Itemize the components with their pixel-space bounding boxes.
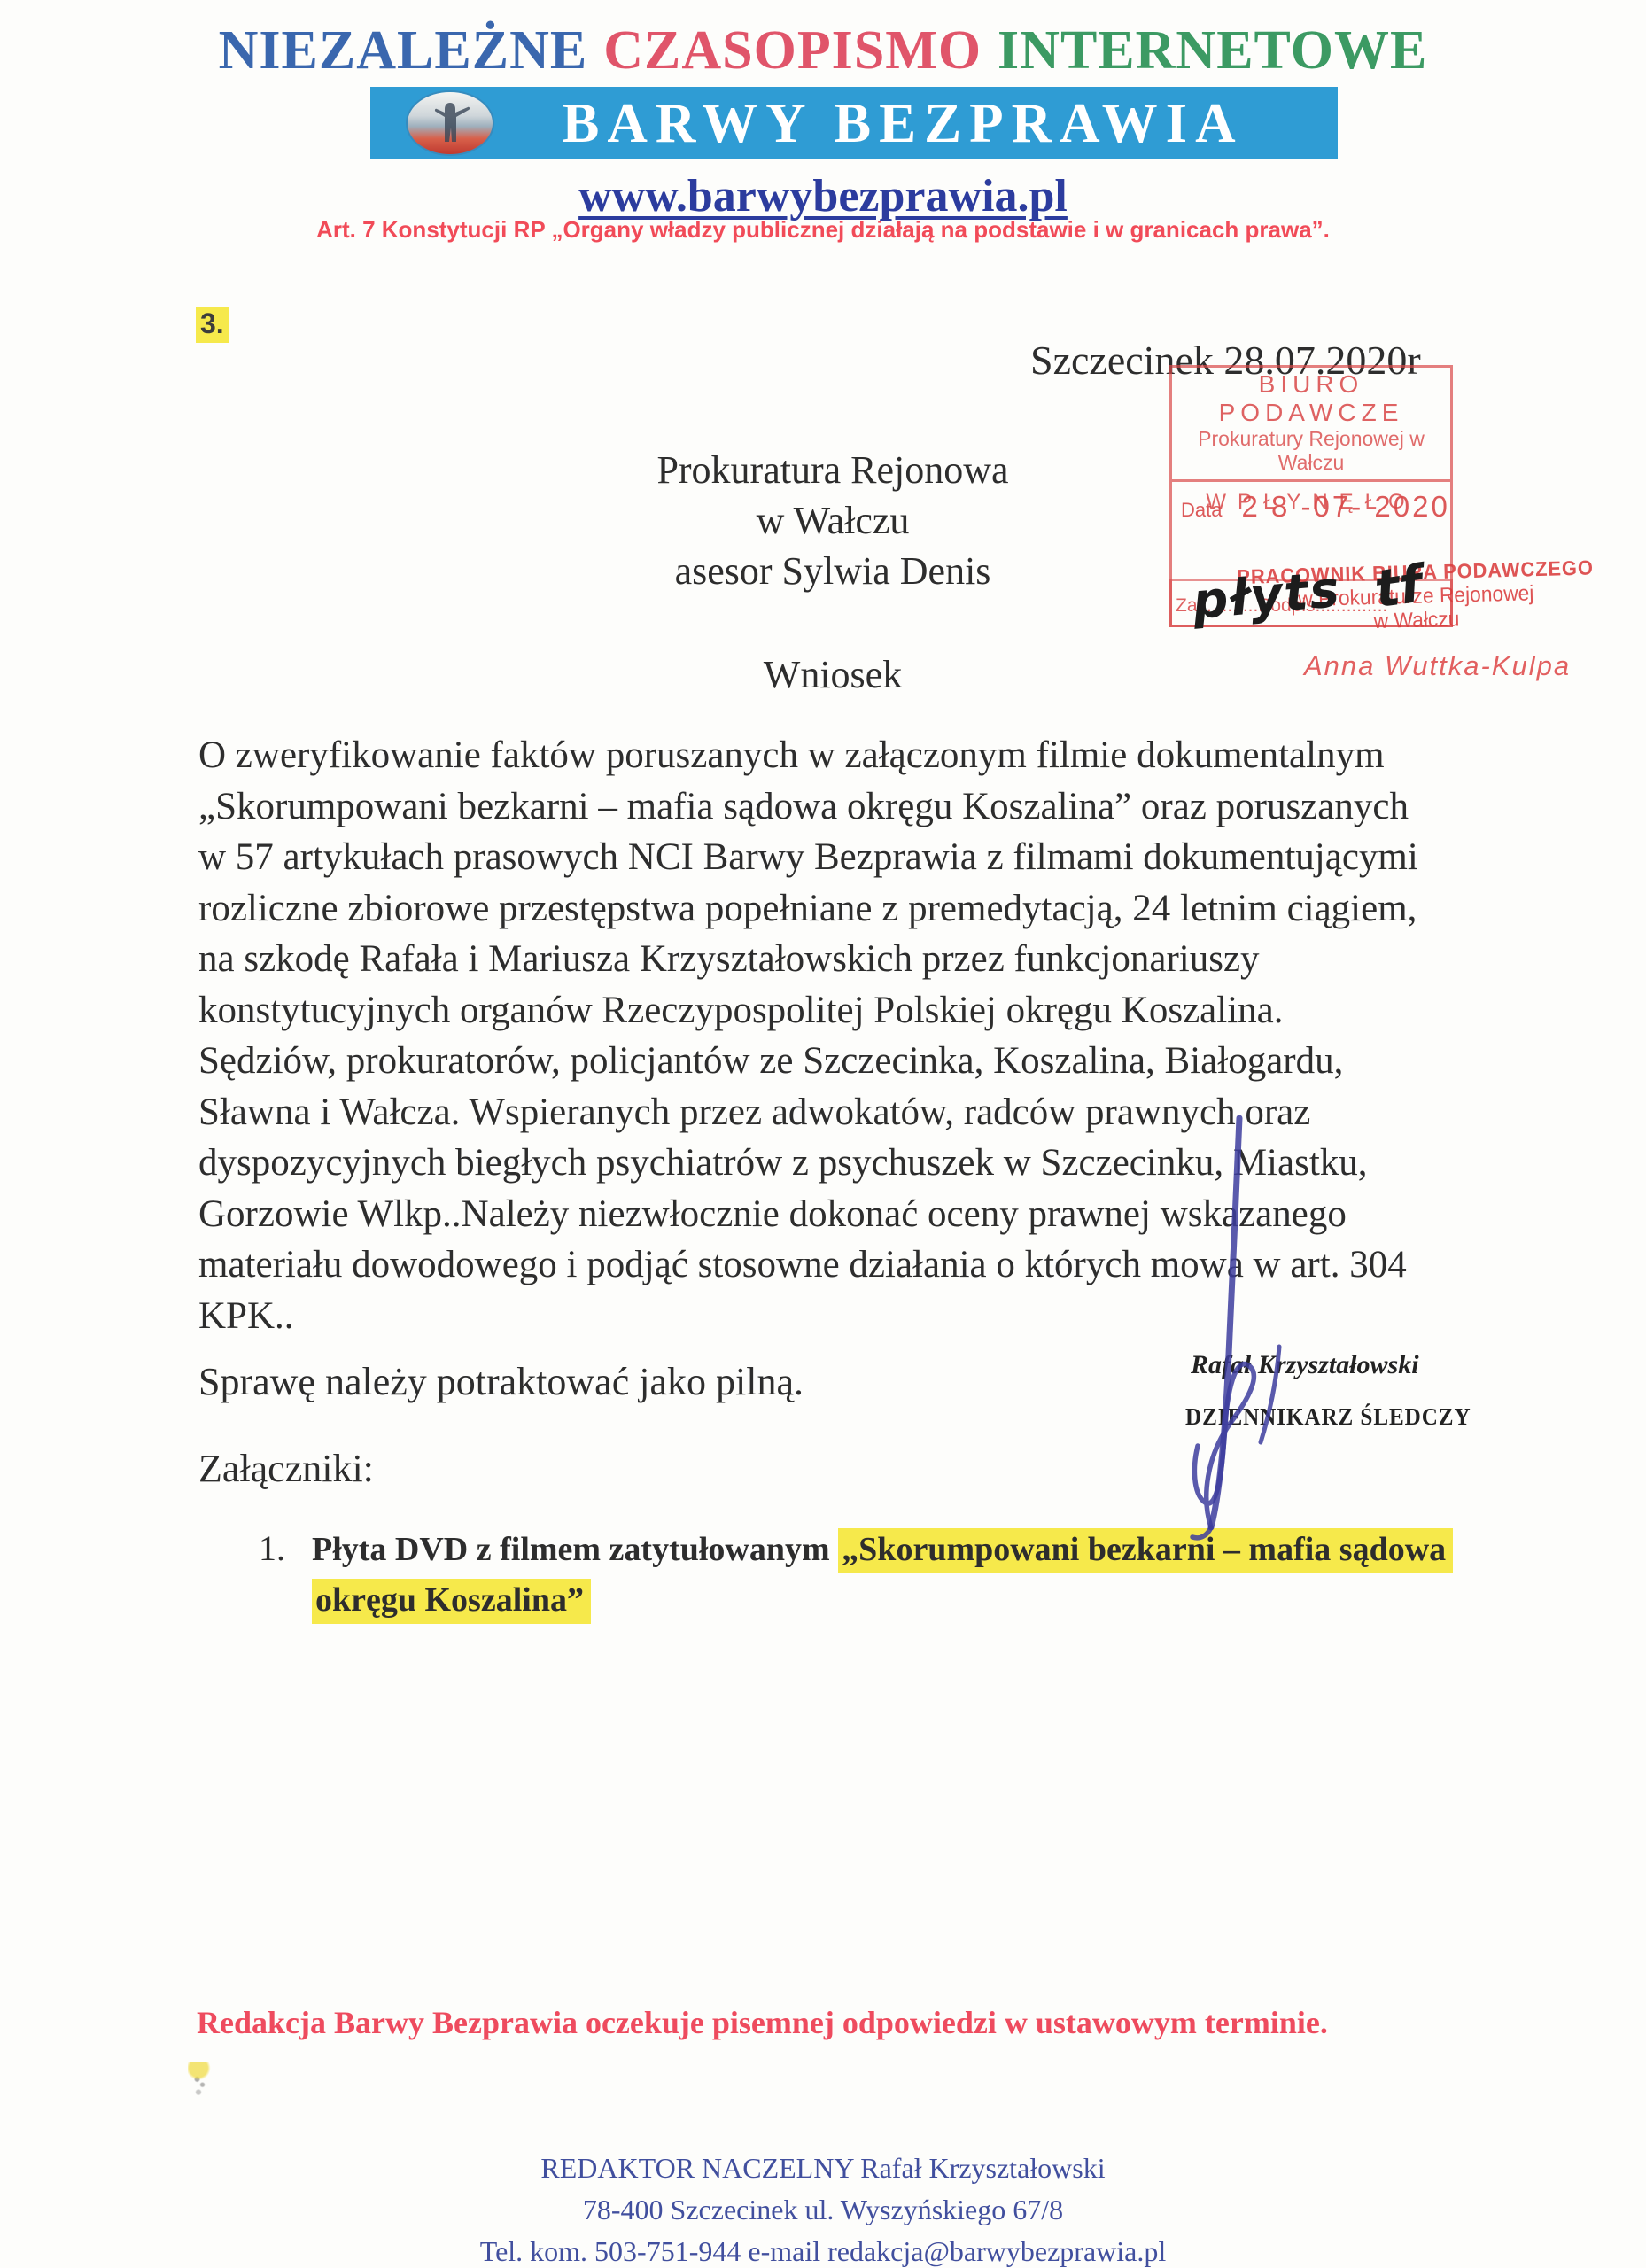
page-number-marker: 3. <box>196 307 229 343</box>
stamp-office-line1: BIURO PODAWCZE <box>1172 370 1450 427</box>
attachment-highlighted-title-line1: „Skorumpowani bezkarni – mafia sądowa <box>838 1528 1453 1573</box>
addressee-line: Prokuratura Rejonowa <box>567 445 1099 495</box>
body-line: Sędziów, prokuratorów, policjantów ze Sz… <box>198 1036 1510 1087</box>
handwritten-signature-ink <box>1148 1115 1325 1544</box>
footer-line: REDAKTOR NACZELNY Rafał Krzyształowski <box>0 2148 1646 2189</box>
figure-in-oval-logo-icon <box>408 92 493 154</box>
urgency-note: Sprawę należy potraktować jako pilną. <box>198 1359 804 1404</box>
scanned-letter-page: NIEZALEŻNECZASOPISMOINTERNETOWE BARWY BE… <box>0 0 1646 2268</box>
attachment-text-plain: Płyta DVD z filmem zatytułowanym <box>312 1531 838 1568</box>
newspaper-title: NIEZALEŻNECZASOPISMOINTERNETOWE <box>0 19 1646 82</box>
addressee-line: asesor Sylwia Denis <box>567 546 1099 596</box>
stamp-date-label: Data <box>1181 499 1222 521</box>
body-line: na szkodę Rafała i Mariusza Krzyształows… <box>198 934 1510 985</box>
clerk-name-stamp: Anna Wuttka-Kulpa <box>1304 650 1571 682</box>
attachment-number: 1. <box>259 1527 312 1569</box>
addressee-block: Prokuratura Rejonowaw Wałczuasesor Sylwi… <box>567 445 1099 596</box>
masthead-banner: BARWY BEZPRAWIA <box>370 87 1338 159</box>
attachment-item-line2: okręgu Koszalina” <box>312 1581 591 1619</box>
addressee-line: w Wałczu <box>567 495 1099 546</box>
constitution-motto: Art. 7 Konstytucji RP „Organy władzy pub… <box>0 216 1646 244</box>
stamp-date-value: 2 8 -07- 2020 <box>1241 490 1449 523</box>
title-word-czasopismo: CZASOPISMO <box>603 20 982 81</box>
title-word-internetowe: INTERNETOWE <box>998 20 1427 81</box>
stamp-office: BIURO PODAWCZE Prokuratury Rejonowej w W… <box>1172 368 1450 482</box>
closing-demand-note: Redakcja Barwy Bezprawia oczekuje pisemn… <box>197 2004 1328 2041</box>
handwritten-initials: tf <box>1371 554 1426 620</box>
body-line: O zweryfikowanie faktów poruszanych w za… <box>198 730 1510 781</box>
body-line: konstytucyjnych organów Rzeczypospolitej… <box>198 985 1510 1037</box>
website-url: www.barwybezprawia.pl <box>0 170 1646 222</box>
attachment-highlighted-title-line2: okręgu Koszalina” <box>312 1579 591 1624</box>
body-line: w 57 artykułach prasowych NCI Barwy Bezp… <box>198 832 1510 883</box>
banner-title: BARWY BEZPRAWIA <box>370 91 1338 156</box>
letter-subject: Wniosek <box>567 652 1099 697</box>
attachments-label: Załączniki: <box>198 1446 374 1491</box>
body-line: rozliczne zbiorowe przestępstwa popełnia… <box>198 883 1510 935</box>
stamp-date-row: Data2 8 -07- 2020 <box>1181 490 1450 524</box>
footer-line: Tel. kom. 503-751-944 e-mail redakcja@ba… <box>0 2231 1646 2268</box>
footer-line: 78-400 Szczecinek ul. Wyszyńskiego 67/8 <box>0 2189 1646 2231</box>
title-word-niezalezne: NIEZALEŻNE <box>219 20 588 81</box>
editor-footer: REDAKTOR NACZELNY Rafał Krzyształowski78… <box>0 2148 1646 2268</box>
stamp-office-line2: Prokuratury Rejonowej w Wałczu <box>1172 427 1450 475</box>
scan-artifact-smudge <box>188 2062 214 2100</box>
body-line: „Skorumpowani bezkarni – mafia sądowa ok… <box>198 781 1510 833</box>
